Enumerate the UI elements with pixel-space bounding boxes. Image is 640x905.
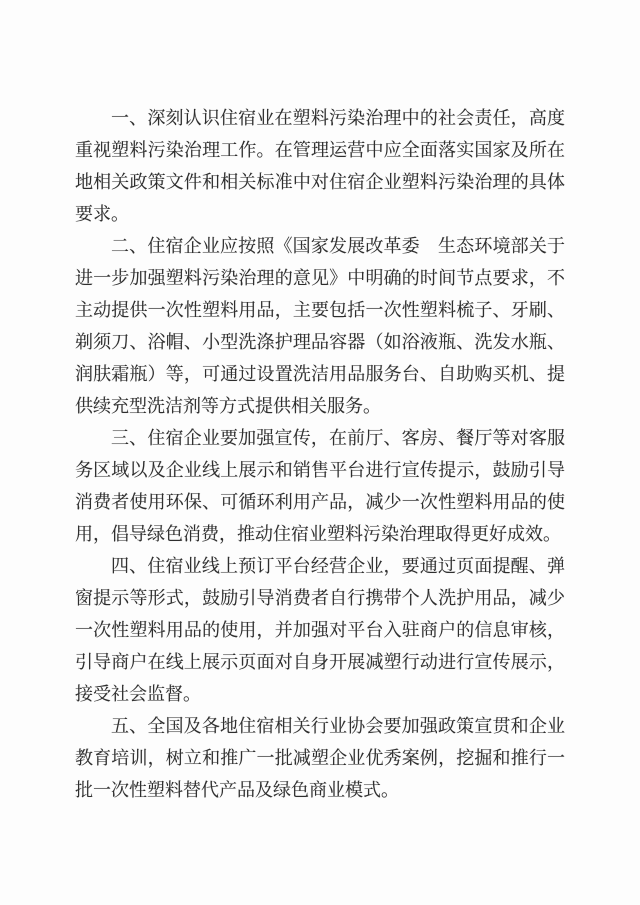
document-page: 一、深刻认识住宿业在塑料污染治理中的社会责任，高度重视塑料污染治理工作。在管理运…	[0, 0, 640, 905]
paragraph: 四、住宿业线上预订平台经营企业，要通过页面提醒、弹窗提示等形式，鼓励引导消费者自…	[75, 550, 565, 710]
paragraph: 五、全国及各地住宿相关行业协会要加强政策宣贯和企业教育培训，树立和推广一批减塑企…	[75, 710, 565, 806]
paragraph: 二、住宿企业应按照《国家发展改革委 生态环境部关于进一步加强塑料污染治理的意见》…	[75, 230, 565, 422]
paragraph: 一、深刻认识住宿业在塑料污染治理中的社会责任，高度重视塑料污染治理工作。在管理运…	[75, 102, 565, 230]
paragraph: 三、住宿企业要加强宣传，在前厅、客房、餐厅等对客服务区域以及企业线上展示和销售平…	[75, 422, 565, 550]
document-body: 一、深刻认识住宿业在塑料污染治理中的社会责任，高度重视塑料污染治理工作。在管理运…	[75, 102, 565, 806]
